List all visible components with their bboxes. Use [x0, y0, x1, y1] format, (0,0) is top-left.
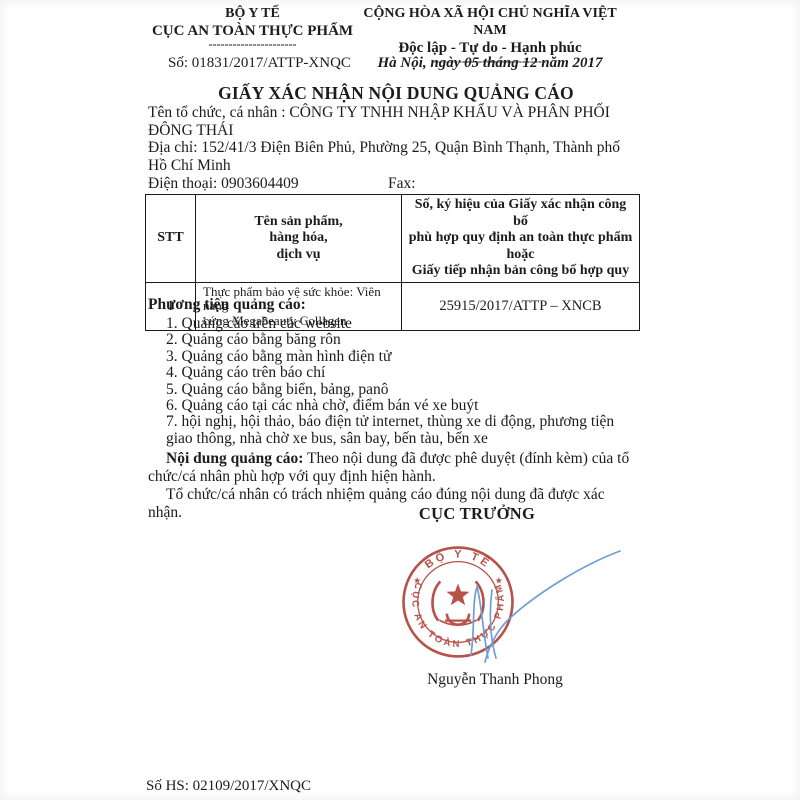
signature-flourish-1: [471, 587, 488, 658]
document-title: GIẤY XÁC NHẬN NỘI DUNG QUẢNG CÁO: [148, 83, 644, 104]
media-list: 1. Quảng cáo trên các website 2. Quảng c…: [166, 316, 640, 447]
table-header-row: STT Tên sản phẩm, hàng hóa, dịch vụ Số, …: [146, 195, 640, 283]
phone-fax-row: Điện thoại: 0903604409 Fax:: [148, 175, 640, 193]
fax-label: Fax:: [388, 175, 416, 193]
col-header-product: Tên sản phẩm, hàng hóa, dịch vụ: [196, 195, 402, 283]
signer-name: Nguyễn Thanh Phong: [410, 671, 580, 689]
media-item-4: 4. Quảng cáo trên báo chí: [166, 365, 640, 381]
signature-flourish-2: [490, 590, 496, 658]
signer-title: CỤC TRƯỞNG: [352, 504, 602, 524]
media-item-6: 6. Quảng cáo tại các nhà chờ, điểm bán v…: [166, 398, 640, 414]
national-title: CỘNG HÒA XÃ HỘI CHỦ NGHĨA VIỆT NAM: [350, 5, 630, 39]
media-item-3: 3. Quảng cáo bằng màn hình điện tử: [166, 349, 640, 365]
phone-value: Điện thoại: 0903604409: [148, 175, 299, 192]
hs-number: Số HS: 02109/2017/XNQC: [146, 778, 311, 795]
document-number: Số: 01831/2017/ATTP-XNQC: [168, 55, 351, 72]
media-heading: Phương tiện quảng cáo:: [148, 296, 640, 314]
date-place-line: Hà Nội, ngày 05 tháng 12 năm 2017: [352, 55, 628, 72]
col-header-certificate: Số, ký hiệu của Giấy xác nhận công bố ph…: [402, 195, 640, 283]
col-header-stt: STT: [146, 195, 196, 283]
signature-main-curve: [485, 551, 620, 662]
issuer-block: BỘ Y TẾ CỤC AN TOÀN THỰC PHẨM ----------…: [150, 5, 355, 49]
certificate-page: BỘ Y TẾ CỤC AN TOÀN THỰC PHẨM ----------…: [0, 0, 800, 800]
ministry-name: BỘ Y TẾ: [150, 5, 355, 22]
left-divider: ----------------------: [150, 40, 355, 49]
org-name-line: Tên tổ chức, cá nhân : CÔNG TY TNHH NHẬP…: [148, 104, 640, 139]
org-address-line: Địa chỉ: 152/41/3 Điện Biên Phủ, Phường …: [148, 139, 640, 174]
content-label: Nội dung quảng cáo:: [166, 450, 303, 467]
media-item-7: 7. hội nghị, hội thảo, báo điện tử inter…: [166, 414, 640, 447]
media-item-5: 5. Quảng cáo bằng biển, bảng, panô: [166, 382, 640, 398]
content-paragraph: Nội dung quảng cáo: Theo nội dung đã đượ…: [148, 450, 640, 485]
signature-stroke: [395, 540, 630, 670]
media-item-1: 1. Quảng cáo trên các website: [166, 316, 640, 332]
media-item-2: 2. Quảng cáo bằng băng rôn: [166, 332, 640, 348]
